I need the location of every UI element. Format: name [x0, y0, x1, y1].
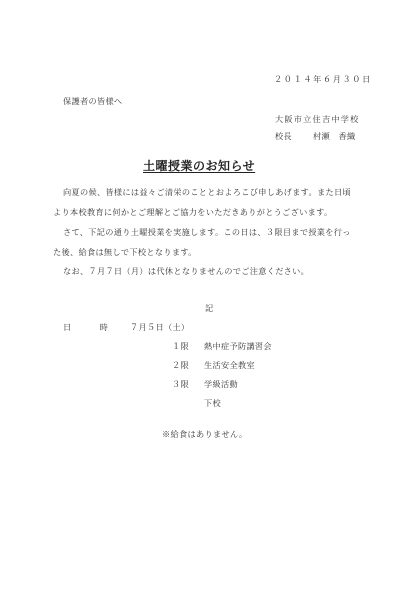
sender-school: 大阪市立住吉中学校 — [275, 114, 360, 124]
body-line-2: より本校教育に何かとご理解とご協力をいただきありがとうございます。 — [53, 207, 332, 217]
schedule-label: 日 時 — [63, 322, 112, 332]
body-line-5: なお、７月７日（月）は代休となりませんのでご注意ください。 — [63, 266, 309, 276]
notice-heading: 記 — [205, 303, 214, 313]
document-title: 土曜授業のお知らせ — [143, 157, 255, 174]
body-line-3: さて、下記の通り土曜授業を実施します。この日は、３限目まで授業を行っ — [63, 227, 351, 237]
footnote: ※給食はありません。 — [162, 429, 247, 439]
schedule-date: ７月５日（土） — [130, 322, 189, 332]
dismissal-line: 下校 — [204, 398, 221, 408]
period-3-activity: 学級活動 — [204, 379, 238, 389]
period-2-label: ２限 — [172, 360, 189, 370]
period-3-label: ３限 — [172, 379, 189, 389]
sender-name: 村瀬 香織 — [313, 131, 355, 141]
body-line-4: た後、給食は無しで下校となります。 — [53, 247, 197, 257]
recipient-line: 保護者の皆様へ — [63, 96, 122, 106]
document-date: ２０１４年６月３０日 — [274, 74, 372, 84]
period-2-activity: 生活安全教室 — [204, 360, 255, 370]
body-line-1: 向夏の候、皆様には益々ご清栄のこととおよろこび申しあげます。また日頃 — [63, 187, 351, 197]
period-1-label: １限 — [172, 341, 189, 351]
sender-title: 校長 — [275, 131, 292, 141]
period-1-activity: 熱中症予防講習会 — [204, 341, 272, 351]
